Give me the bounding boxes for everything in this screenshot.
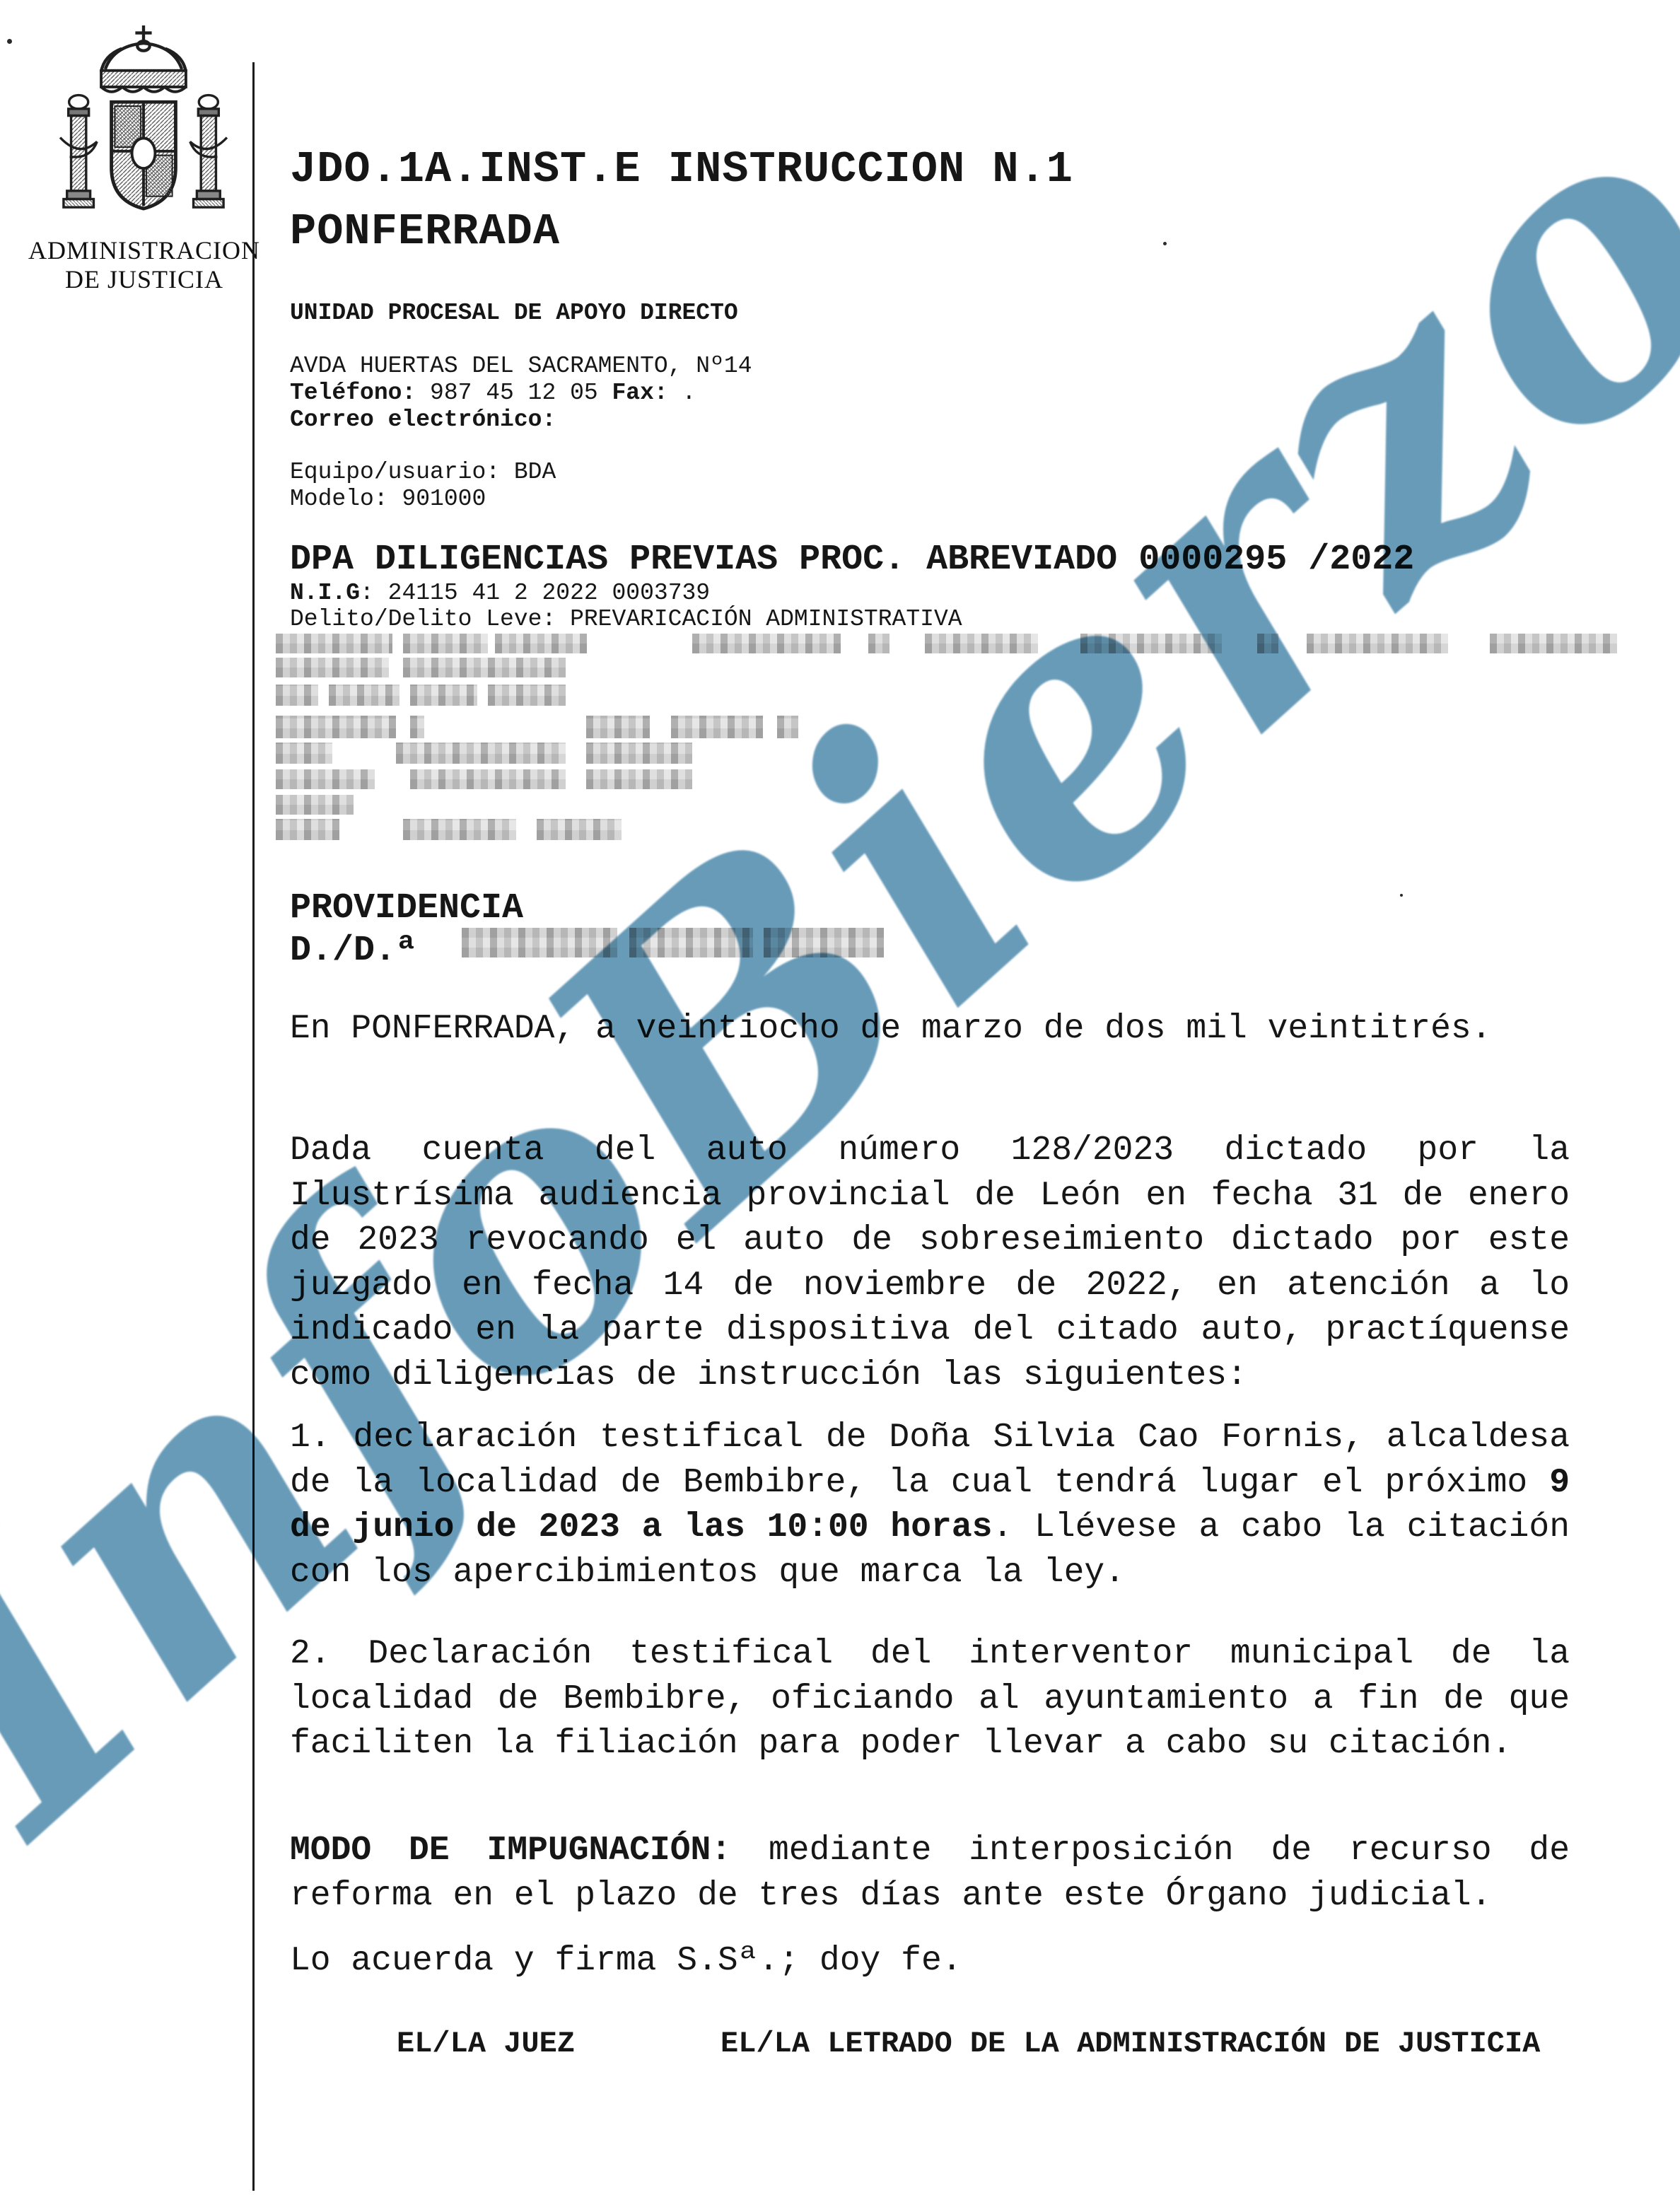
redacted-text-block [403, 658, 566, 677]
signature-letrado-label: EL/LA LETRADO DE LA ADMINISTRACIÓN DE JU… [721, 2027, 1540, 2061]
instruction-item-2: 2. Declaración testifical del intervento… [290, 1632, 1570, 1767]
court-phone-line: Teléfono: 987 45 12 05 Fax: . [290, 380, 752, 407]
redacted-text-block [764, 928, 884, 957]
fax-value: . [668, 380, 696, 406]
redacted-text-block [276, 634, 392, 653]
providencia-heading: PROVIDENCIA [290, 888, 523, 928]
redacted-text-block [586, 716, 650, 738]
redacted-text-block [276, 743, 332, 764]
email-label: Correo electrónico: [290, 407, 752, 433]
closing-line: Lo acuerda y firma S.Sª.; doy fe. [290, 1942, 962, 1980]
appeal-method-label: MODO DE IMPUGNACIÓN: [290, 1832, 731, 1870]
redacted-text-block [396, 743, 566, 764]
redacted-text-block [276, 716, 396, 738]
case-id-block: N.I.G: 24115 41 2 2022 0003739 Delito/De… [290, 580, 962, 632]
redacted-text-block [1257, 634, 1278, 653]
phone-value: 987 45 12 05 [416, 380, 612, 406]
processing-unit: UNIDAD PROCESAL DE APOYO DIRECTO [290, 300, 738, 326]
appeal-method-paragraph: MODO DE IMPUGNACIÓN: mediante interposic… [290, 1829, 1570, 1919]
redacted-text-block [276, 795, 354, 815]
court-title: JDO.1A.INST.E INSTRUCCION N.1 PONFERRADA [290, 139, 1527, 263]
redacted-text-block [1080, 634, 1222, 653]
redacted-text-block [1490, 634, 1617, 653]
instruction-item-1: 1. declaración testifical de Doña Silvia… [290, 1416, 1570, 1595]
redacted-text-block [488, 685, 566, 706]
emblem-caption: ADMINISTRACION DE JUSTICIA [20, 236, 269, 294]
redacted-text-block [671, 716, 763, 738]
redacted-text-block [462, 928, 617, 957]
coat-of-arms-icon [41, 21, 246, 233]
nig-label: N.I.G [290, 580, 360, 606]
nig-line: N.I.G: 24115 41 2 2022 0003739 [290, 580, 962, 606]
emblem-caption-line1: ADMINISTRACION [20, 236, 269, 265]
court-address: AVDA HUERTAS DEL SACRAMENTO, Nº14 [290, 353, 752, 380]
signature-judge-label: EL/LA JUEZ [397, 2027, 575, 2061]
redacted-text-block [410, 685, 477, 706]
redacted-text-block [410, 716, 424, 738]
emblem-caption-line2: DE JUSTICIA [20, 265, 269, 294]
redacted-text-block [329, 685, 399, 706]
redacted-text-block [1307, 634, 1448, 653]
item1-text-pre: 1. declaración testifical de Doña Silvia… [290, 1419, 1570, 1502]
court-title-line2: PONFERRADA [290, 201, 1527, 263]
redacted-text-block [276, 658, 389, 677]
redacted-text-block [495, 634, 587, 653]
redacted-text-block [586, 743, 692, 764]
scanned-court-document: ADMINISTRACION DE JUSTICIA JDO.1A.INST.E… [0, 0, 1680, 2195]
redacted-text-block [868, 634, 889, 653]
redacted-text-block [276, 685, 318, 706]
scan-speck [1163, 242, 1167, 245]
equipo-usuario: Equipo/usuario: BDA [290, 459, 556, 486]
redacted-text-block [692, 634, 841, 653]
redacted-text-block [410, 769, 566, 789]
nig-value: : 24115 41 2 2022 0003739 [360, 580, 710, 606]
redacted-text-block [276, 819, 339, 840]
redacted-text-block [403, 634, 488, 653]
court-contact-block: AVDA HUERTAS DEL SACRAMENTO, Nº14 Teléfo… [290, 353, 752, 433]
case-reference: DPA DILIGENCIAS PREVIAS PROC. ABREVIADO … [290, 540, 1414, 580]
redacted-text-block [629, 928, 753, 957]
phone-label: Teléfono: [290, 380, 416, 406]
fax-label: Fax: [612, 380, 667, 406]
court-title-line1: JDO.1A.INST.E INSTRUCCION N.1 [290, 139, 1527, 201]
delito-line: Delito/Delito Leve: PREVARICACIÓN ADMINI… [290, 606, 962, 632]
redacted-text-block [276, 769, 375, 789]
place-and-date-line: En PONFERRADA, a veintiocho de marzo de … [290, 1010, 1491, 1048]
system-info-block: Equipo/usuario: BDA Modelo: 901000 [290, 459, 556, 513]
redacted-text-block [777, 716, 798, 738]
judge-name-label: D./D.ª [290, 931, 417, 971]
redacted-text-block [403, 819, 516, 840]
margin-divider-line [252, 62, 255, 2191]
redacted-text-block [925, 634, 1038, 653]
scan-speck [1400, 894, 1403, 897]
redacted-text-block [586, 769, 692, 789]
scan-speck [7, 39, 12, 44]
order-paragraph: Dada cuenta del auto número 128/2023 dic… [290, 1129, 1570, 1398]
redacted-text-block [537, 819, 622, 840]
modelo: Modelo: 901000 [290, 486, 556, 513]
